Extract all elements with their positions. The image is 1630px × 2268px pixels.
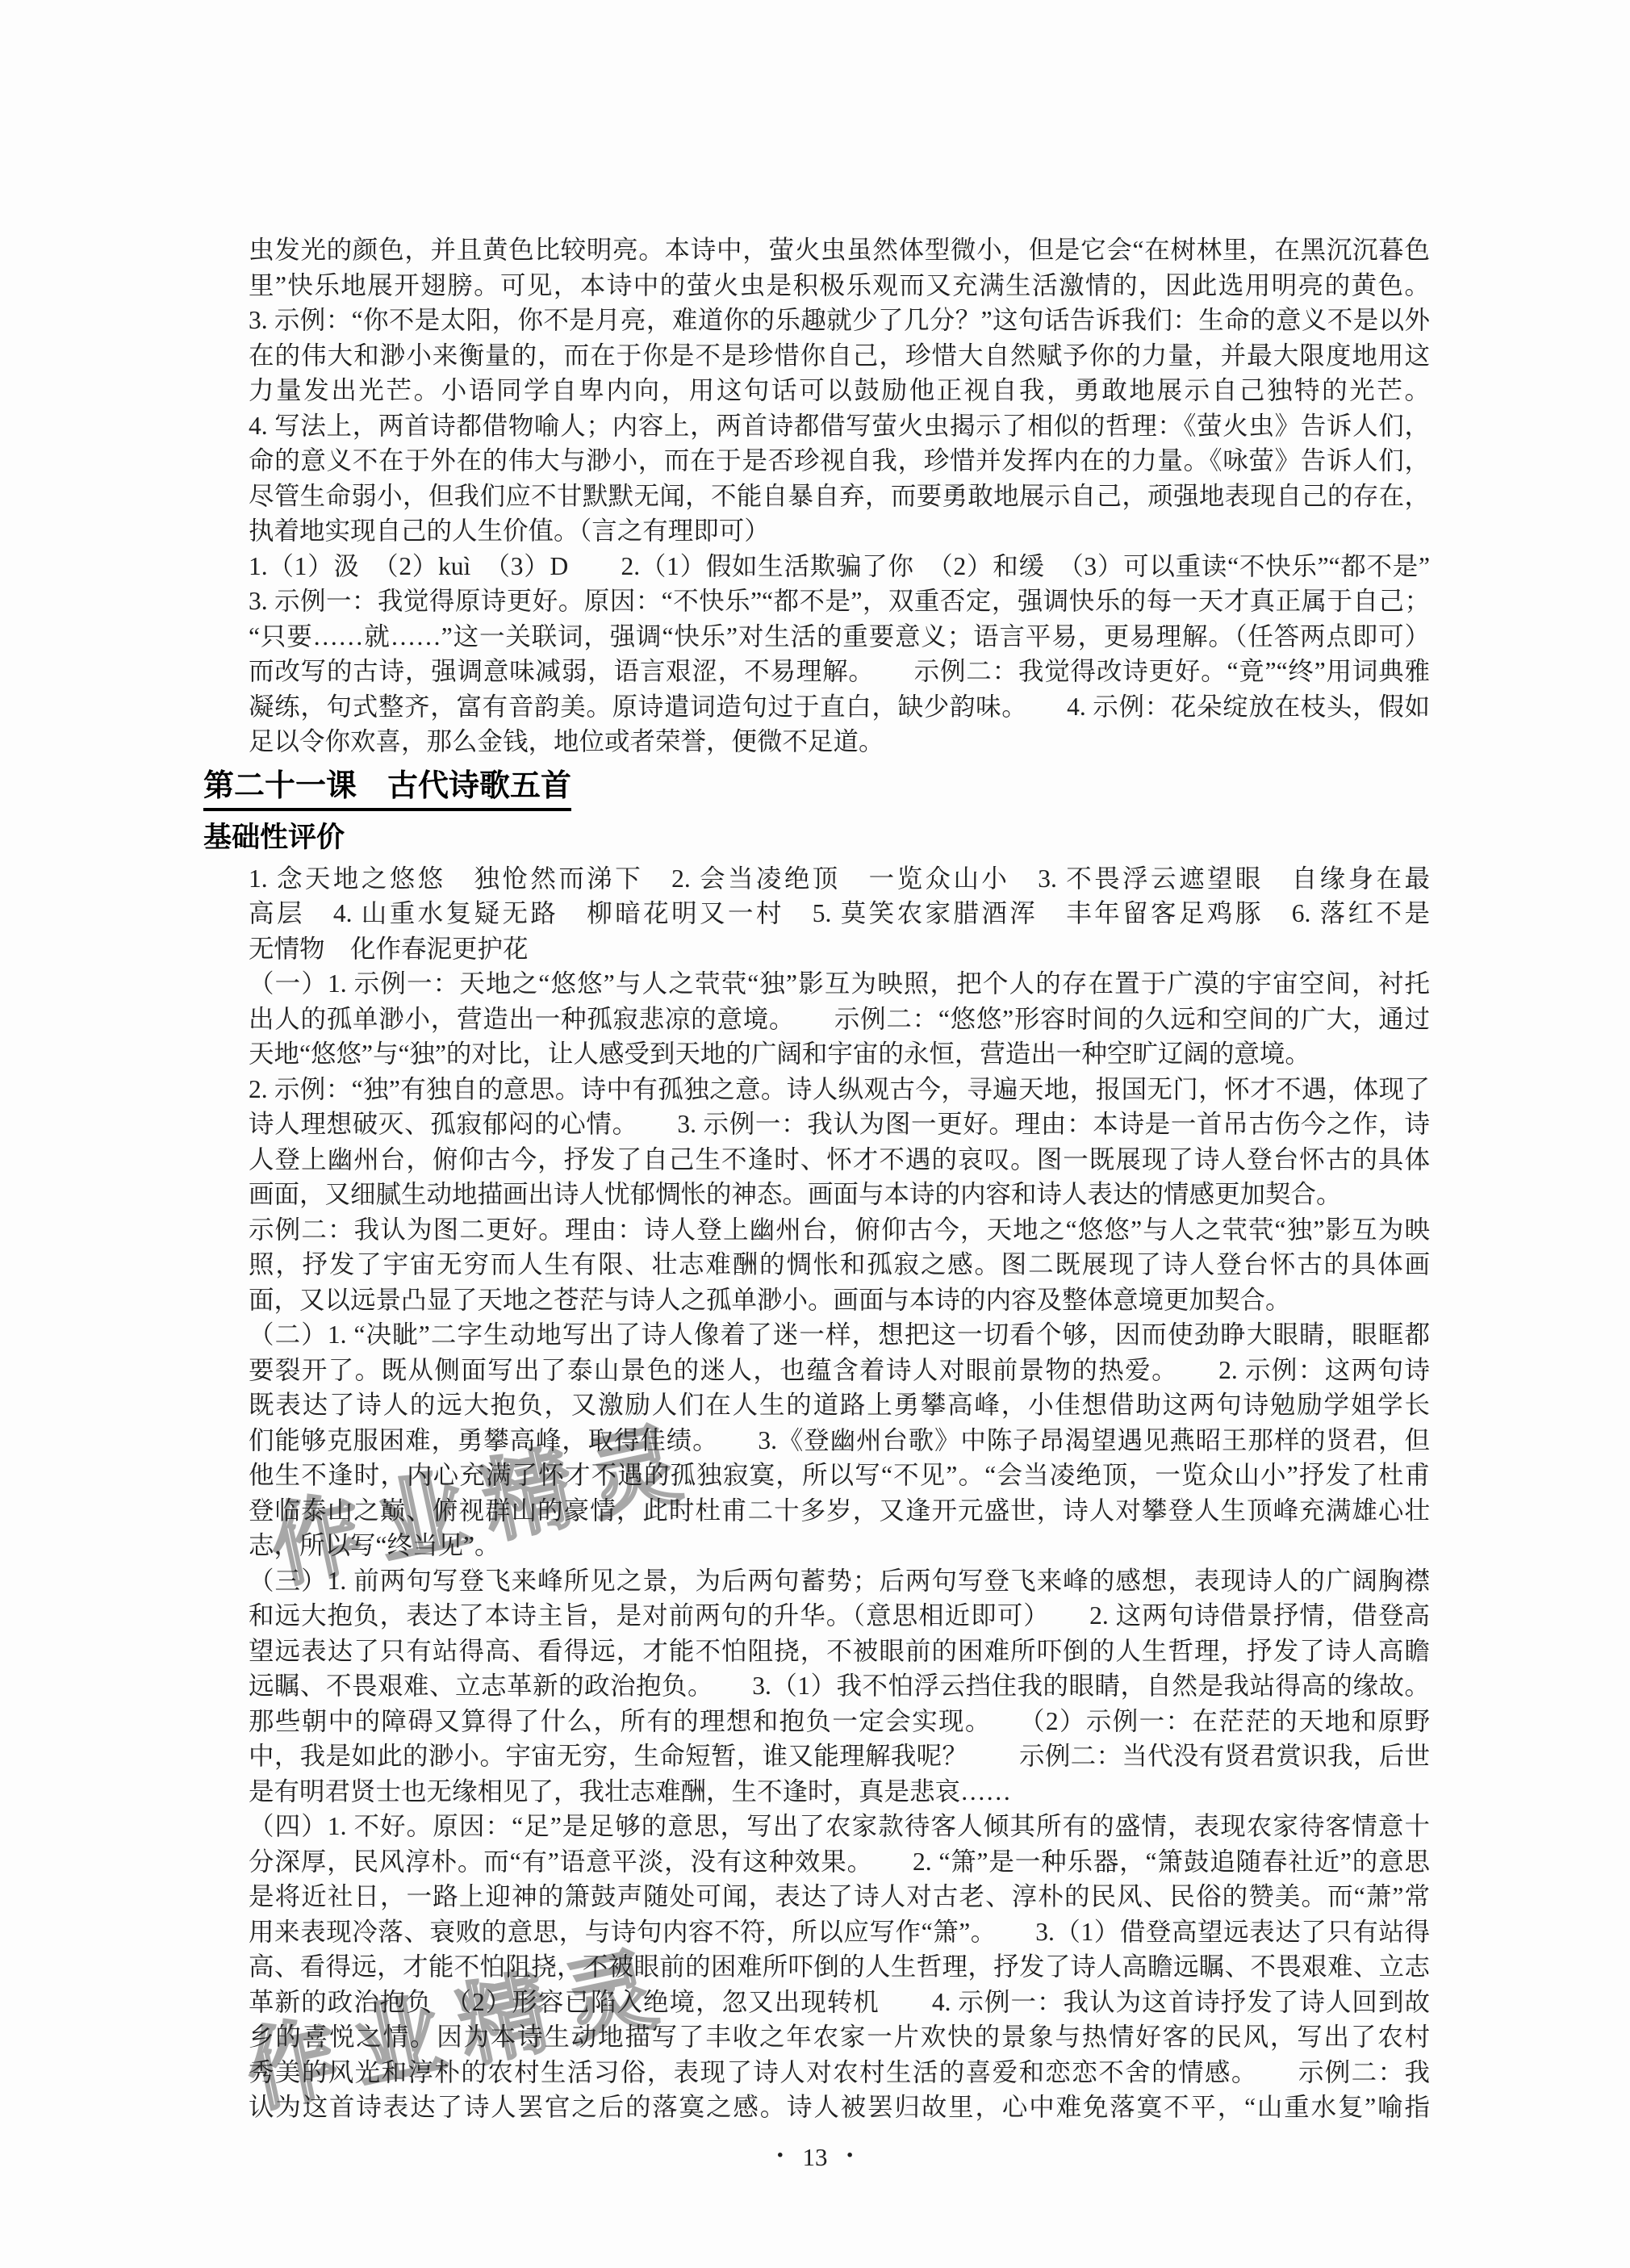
- line-text: 命的意义不在于外在的伟大与渺小，而在于是否珍视自我，珍惜并发挥内在的力量。《咏萤…: [249, 446, 1430, 475]
- line-text: 无情物 化作春泥更护花: [249, 935, 529, 963]
- answer-lines: 虫发光的颜色，并且黄色比较明亮。本诗中，萤火虫虽然体型微小，但是它会“在树林里，…: [203, 232, 1430, 2125]
- line-text: 志，所以写“终当见”。: [249, 1531, 499, 1559]
- text-line: 秀美的风光和淳朴的农村生活习俗，表现了诗人对农村生活的喜爱和恋恋不舍的情感。 示…: [249, 2055, 1430, 2090]
- text-line: 远瞩、不畏艰难、立志革新的政治抱负。 3.（1）我不怕浮云挡住我的眼睛，自然是我…: [249, 1668, 1430, 1704]
- text-line: 革新的政治抱负 （2）形容已陷入绝境，忽又出现转机 4. 示例一：我认为这首诗抒…: [249, 1985, 1430, 2020]
- line-text: 基础性评价: [203, 822, 345, 853]
- text-line: 天地“悠悠”与“独”的对比，让人感受到天地的广阔和宇宙的永恒，营造出一种空旷辽阔…: [249, 1036, 1430, 1072]
- text-line: 3. 示例一：我觉得原诗更好。原因：“不快乐”“都不是”，双重否定，强调快乐的每…: [249, 584, 1430, 619]
- line-text: 而改写的古诗，强调意味减弱，语言艰涩，不易理解。 示例二：我觉得改诗更好。“竟”…: [249, 657, 1430, 685]
- line-text: 高层 4. 山重水复疑无路 柳暗花明又一村 5. 莫笑农家腊酒浑 丰年留客足鸡豚…: [249, 899, 1430, 927]
- lesson-heading: 第二十一课 古代诗歌五首: [203, 759, 1430, 814]
- text-line: 分深厚，民风淳朴。而“有”语意平淡，没有这种效果。 2. “箫”是一种乐器，“箫…: [249, 1844, 1430, 1880]
- line-text: 1. 念天地之悠悠 独怆然而涕下 2. 会当凌绝顶 一览众山小 3. 不畏浮云遮…: [249, 864, 1430, 893]
- line-text: 是将近社日，一路上迎神的箫鼓声随处可闻，表达了诗人对古老、淳朴的民风、民俗的赞美…: [249, 1882, 1430, 1910]
- line-text: 虫发光的颜色，并且黄色比较明亮。本诗中，萤火虫虽然体型微小，但是它会“在树林里，…: [249, 236, 1430, 264]
- text-line: 二、（一）1. 示例一：天地之“悠悠”与人之茕茕“独”影互为映照，把个人的存在置…: [249, 966, 1430, 1002]
- text-line: （二）1. “决眦”二字生动地写出了诗人像着了迷一样，想把这一切看个够，因而使劲…: [249, 1317, 1430, 1353]
- text-line: 用来表现冷落、衰败的意思，与诗句内容不符，所以应写作“箫”。 3.（1）借登高望…: [249, 1914, 1430, 1950]
- text-line: 虫发光的颜色，并且黄色比较明亮。本诗中，萤火虫虽然体型微小，但是它会“在树林里，…: [249, 232, 1430, 268]
- text-line: 望远表达了只有站得高、看得远，才能不怕阻挠，不被眼前的困难所吓倒的人生哲理，抒发…: [249, 1634, 1430, 1669]
- line-text: 照，抒发了宇宙无穷而人生有限、壮志难酬的惆怅和孤寂之感。图二既展现了诗人登台怀古…: [249, 1250, 1430, 1278]
- text-line: 凝练，句式整齐，富有音韵美。原诗遣词造句过于直白，缺少韵味。 4. 示例：花朵绽…: [249, 689, 1430, 725]
- line-text: 画面，又细腻生动地描画出诗人忧郁惆怅的神态。画面与本诗的内容和诗人表达的情感更加…: [249, 1180, 1342, 1208]
- line-text: 示例二：我认为图二更好。理由：诗人登上幽州台，俯仰古今，天地之“悠悠”与人之茕茕…: [249, 1216, 1430, 1244]
- text-line: 面，又以远景凸显了天地之苍茫与诗人之孤单渺小。画面与本诗的内容及整体意境更加契合…: [249, 1283, 1430, 1318]
- footer-dot-icon: ·: [775, 2140, 784, 2170]
- text-line: 尽管生命弱小，但我们应不甘默默无闻，不能自暴自弃，而要勇敢地展示自己，顽强地表现…: [249, 479, 1430, 514]
- text-line: 出人的孤单渺小，营造出一种孤寂悲凉的意境。 示例二：“悠悠”形容时间的久远和空间…: [249, 1002, 1430, 1037]
- section-marker: 二、: [249, 966, 254, 1002]
- line-text: 认为这首诗表达了诗人罢官之后的落寞之感。诗人被罢归故里，心中难免落寞不平，“山重…: [249, 2093, 1430, 2121]
- line-text: （四）1. 不好。原因：“足”是足够的意思，写出了农家款待客人倾其所有的盛情，表…: [249, 1812, 1430, 1840]
- line-text: 第二十一课 古代诗歌五首: [203, 768, 571, 811]
- line-text: 望远表达了只有站得高、看得远，才能不怕阻挠，不被眼前的困难所吓倒的人生哲理，抒发…: [249, 1637, 1430, 1665]
- text-line: 是将近社日，一路上迎神的箫鼓声随处可闻，表达了诗人对古老、淳朴的民风、民俗的赞美…: [249, 1879, 1430, 1914]
- text-line: 认为这首诗表达了诗人罢官之后的落寞之感。诗人被罢归故里，心中难免落寞不平，“山重…: [249, 2090, 1430, 2125]
- line-text: “只要……就……”这一关联词，强调“快乐”对生活的重要意义；语言平易，更易理解。…: [249, 622, 1430, 651]
- line-text: 用来表现冷落、衰败的意思，与诗句内容不符，所以应写作“箫”。 3.（1）借登高望…: [249, 1918, 1430, 1946]
- line-text: 面，又以远景凸显了天地之苍茫与诗人之孤单渺小。画面与本诗的内容及整体意境更加契合…: [249, 1286, 1291, 1314]
- line-text: 诗人理想破灭、孤寂郁闷的心情。 3. 示例一：我认为图一更好。理由：本诗是一首吊…: [249, 1110, 1430, 1138]
- line-text: 人登上幽州台，俯仰古今，抒发了自己生不逢时、怀才不遇的哀叹。图一既展现了诗人登台…: [249, 1145, 1430, 1174]
- text-line: 诗人理想破灭、孤寂郁闷的心情。 3. 示例一：我认为图一更好。理由：本诗是一首吊…: [249, 1107, 1430, 1142]
- text-line: 4. 写法上，两首诗都借物喻人；内容上，两首诗都借写萤火虫揭示了相似的哲理：《萤…: [249, 408, 1430, 444]
- line-text: 高、看得远，才能不怕阻挠，不被眼前的困难所吓倒的人生哲理，抒发了诗人高瞻远瞩、不…: [249, 1952, 1430, 1981]
- line-text: 是有明君贤士也无缘相见了，我壮志难酬，生不逢时，真是悲哀……: [249, 1777, 1011, 1806]
- text-line: 2. 示例：“独”有独自的意思。诗中有孤独之意。诗人纵观古今，寻遍天地，报国无门…: [249, 1072, 1430, 1107]
- line-text: 执着地实现自己的人生价值。（言之有理即可）: [249, 517, 770, 545]
- line-text: 力量发出光芒。小语同学自卑内向，用这句话可以鼓励他正视自我，勇敢地展示自己独特的…: [249, 376, 1430, 404]
- text-line: 他生不逢时，内心充满了怀才不遇的孤独寂寞，所以写“不见”。“会当凌绝顶，一览众山…: [249, 1458, 1430, 1493]
- line-text: 里”快乐地展开翅膀。可见，本诗中的萤火虫是积极乐观而又充满生活激情的，因此选用明…: [249, 271, 1430, 299]
- line-text: 尽管生命弱小，但我们应不甘默默无闻，不能自暴自弃，而要勇敢地展示自己，顽强地表现…: [249, 482, 1430, 510]
- line-text: 他生不逢时，内心充满了怀才不遇的孤独寂寞，所以写“不见”。“会当凌绝顶，一览众山…: [249, 1461, 1430, 1489]
- text-line: 而改写的古诗，强调意味减弱，语言艰涩，不易理解。 示例二：我觉得改诗更好。“竟”…: [249, 654, 1430, 689]
- text-line: “只要……就……”这一关联词，强调“快乐”对生活的重要意义；语言平易，更易理解。…: [249, 619, 1430, 655]
- line-text: 分深厚，民风淳朴。而“有”语意平淡，没有这种效果。 2. “箫”是一种乐器，“箫…: [249, 1847, 1430, 1876]
- section-subheading: 基础性评价: [203, 814, 1430, 861]
- text-line: 中，我是如此的渺小。宇宙无穷，生命短暂，谁又能理解我呢？ 示例二：当代没有贤君赏…: [249, 1739, 1430, 1774]
- text-line: 3. 示例：“你不是太阳，你不是月亮，难道你的乐趣就少了几分？”这句话告诉我们：…: [249, 303, 1430, 338]
- text-line: 是有明君贤士也无缘相见了，我壮志难酬，生不逢时，真是悲哀……: [249, 1774, 1430, 1810]
- line-text: 远瞩、不畏艰难、立志革新的政治抱负。 3.（1）我不怕浮云挡住我的眼睛，自然是我…: [249, 1672, 1430, 1700]
- line-text: 2. 示例：“独”有独自的意思。诗中有孤独之意。诗人纵观古今，寻遍天地，报国无门…: [249, 1075, 1430, 1103]
- line-text: 出人的孤单渺小，营造出一种孤寂悲凉的意境。 示例二：“悠悠”形容时间的久远和空间…: [249, 1005, 1430, 1033]
- text-line: 们能够克服困难，勇攀高峰，取得佳绩。 3.《登幽州台歌》中陈子昂渴望遇见燕昭王那…: [249, 1423, 1430, 1458]
- text-line: 乡的喜悦之情。因为本诗生动地描写了丰收之年农家一片欢快的景象与热情好客的民风，写…: [249, 2019, 1430, 2055]
- footer-dot-icon: ·: [846, 2140, 855, 2170]
- text-line: 那些朝中的障碍又算得了什么，所有的理想和抱负一定会实现。 （2）示例一：在茫茫的…: [249, 1704, 1430, 1739]
- text-line: 力量发出光芒。小语同学自卑内向，用这句话可以鼓励他正视自我，勇敢地展示自己独特的…: [249, 373, 1430, 408]
- line-text: 足以令你欢喜，那么金钱，地位或者荣誉，便微不足道。: [249, 727, 884, 755]
- line-text: 3. 示例一：我觉得原诗更好。原因：“不快乐”“都不是”，双重否定，强调快乐的每…: [249, 587, 1430, 615]
- line-text: （三）1. 前两句写登飞来峰所见之景，为后两句蓄势；后两句写登飞来峰的感想，表现…: [249, 1567, 1430, 1595]
- text-line: 无情物 化作春泥更护花: [249, 931, 1430, 967]
- text-line: 和远大抱负，表达了本诗主旨，是对前两句的升华。（意思相近即可） 2. 这两句诗借…: [249, 1598, 1430, 1634]
- line-text: 在的伟大和渺小来衡量的，而在于你是不是珍惜你自己，珍惜大自然赋予你的力量，并最大…: [249, 341, 1430, 370]
- page-number: ·13·: [0, 2140, 1630, 2172]
- line-text: 登临泰山之巅、俯视群山的豪情，此时杜甫二十多岁，又逢开元盛世，诗人对攀登人生顶峰…: [249, 1496, 1430, 1525]
- line-text: （二）1. “决眦”二字生动地写出了诗人像着了迷一样，想把这一切看个够，因而使劲…: [249, 1320, 1430, 1349]
- line-text: 和远大抱负，表达了本诗主旨，是对前两句的升华。（意思相近即可） 2. 这两句诗借…: [249, 1601, 1430, 1630]
- text-line: 三、1.（1）汲 （2）kuì （3）D 2.（1）假如生活欺骗了你 （2）和缓…: [249, 549, 1430, 584]
- text-line: 高层 4. 山重水复疑无路 柳暗花明又一村 5. 莫笑农家腊酒浑 丰年留客足鸡豚…: [249, 896, 1430, 931]
- line-text: 天地“悠悠”与“独”的对比，让人感受到天地的广阔和宇宙的永恒，营造出一种空旷辽阔…: [249, 1040, 1310, 1068]
- text-line: 志，所以写“终当见”。: [249, 1528, 1430, 1563]
- text-line: 登临泰山之巅、俯视群山的豪情，此时杜甫二十多岁，又逢开元盛世，诗人对攀登人生顶峰…: [249, 1493, 1430, 1529]
- text-line: 里”快乐地展开翅膀。可见，本诗中的萤火虫是积极乐观而又充满生活激情的，因此选用明…: [249, 268, 1430, 303]
- text-line: 在的伟大和渺小来衡量的，而在于你是不是珍惜你自己，珍惜大自然赋予你的力量，并最大…: [249, 338, 1430, 374]
- line-text: 们能够克服困难，勇攀高峰，取得佳绩。 3.《登幽州台歌》中陈子昂渴望遇见燕昭王那…: [249, 1426, 1430, 1454]
- text-line: 示例二：我认为图二更好。理由：诗人登上幽州台，俯仰古今，天地之“悠悠”与人之茕茕…: [249, 1212, 1430, 1248]
- section-marker: 三、: [249, 549, 254, 584]
- line-text: 既表达了诗人的远大抱负，又激励人们在人生的道路上勇攀高峰，小佳想借助这两句诗勉励…: [249, 1391, 1430, 1419]
- line-text: 革新的政治抱负 （2）形容已陷入绝境，忽又出现转机 4. 示例一：我认为这首诗抒…: [249, 1988, 1430, 2016]
- line-text: 4. 写法上，两首诗都借物喻人；内容上，两首诗都借写萤火虫揭示了相似的哲理：《萤…: [249, 412, 1430, 444]
- text-line: 要裂开了。既从侧面写出了泰山景色的迷人，也蕴含着诗人对眼前景物的热爱。 2. 示…: [249, 1353, 1430, 1388]
- line-text: 要裂开了。既从侧面写出了泰山景色的迷人，也蕴含着诗人对眼前景物的热爱。 2. 示…: [249, 1356, 1430, 1384]
- text-line: 照，抒发了宇宙无穷而人生有限、壮志难酬的惆怅和孤寂之感。图二既展现了诗人登台怀古…: [249, 1247, 1430, 1283]
- line-text: 中，我是如此的渺小。宇宙无穷，生命短暂，谁又能理解我呢？ 示例二：当代没有贤君赏…: [249, 1742, 1430, 1774]
- text-line: 既表达了诗人的远大抱负，又激励人们在人生的道路上勇攀高峰，小佳想借助这两句诗勉励…: [249, 1387, 1430, 1423]
- text-line: （四）1. 不好。原因：“足”是足够的意思，写出了农家款待客人倾其所有的盛情，表…: [249, 1809, 1430, 1844]
- text-line: 命的意义不在于外在的伟大与渺小，而在于是否珍视自我，珍惜并发挥内在的力量。《咏萤…: [249, 443, 1430, 479]
- line-text: （一）1. 示例一：天地之“悠悠”与人之茕茕“独”影互为映照，把个人的存在置于广…: [249, 969, 1430, 998]
- line-text: 凝练，句式整齐，富有音韵美。原诗遣词造句过于直白，缺少韵味。 4. 示例：花朵绽…: [249, 693, 1430, 721]
- section-marker: 一、: [249, 861, 254, 897]
- text-line: 足以令你欢喜，那么金钱，地位或者荣誉，便微不足道。: [249, 724, 1430, 759]
- text-line: （三）1. 前两句写登飞来峰所见之景，为后两句蓄势；后两句写登飞来峰的感想，表现…: [249, 1563, 1430, 1599]
- page-number-value: 13: [803, 2143, 828, 2171]
- line-text: 1.（1）汲 （2）kuì （3）D 2.（1）假如生活欺骗了你 （2）和缓 （…: [249, 552, 1430, 580]
- text-line: 人登上幽州台，俯仰古今，抒发了自己生不逢时、怀才不遇的哀叹。图一既展现了诗人登台…: [249, 1142, 1430, 1178]
- line-text: 3. 示例：“你不是太阳，你不是月亮，难道你的乐趣就少了几分？”这句话告诉我们：…: [249, 306, 1430, 334]
- line-text: 那些朝中的障碍又算得了什么，所有的理想和抱负一定会实现。 （2）示例一：在茫茫的…: [249, 1707, 1430, 1735]
- line-text: 乡的喜悦之情。因为本诗生动地描写了丰收之年农家一片欢快的景象与热情好客的民风，写…: [249, 2023, 1430, 2051]
- text-line: 高、看得远，才能不怕阻挠，不被眼前的困难所吓倒的人生哲理，抒发了诗人高瞻远瞩、不…: [249, 1949, 1430, 1985]
- page-container: 作业精灵作业精灵 虫发光的颜色，并且黄色比较明亮。本诗中，萤火虫虽然体型微小，但…: [0, 0, 1630, 2268]
- text-line: 执着地实现自己的人生价值。（言之有理即可）: [249, 513, 1430, 549]
- text-line: 一、1. 念天地之悠悠 独怆然而涕下 2. 会当凌绝顶 一览众山小 3. 不畏浮…: [249, 861, 1430, 897]
- text-line: 画面，又细腻生动地描画出诗人忧郁惆怅的神态。画面与本诗的内容和诗人表达的情感更加…: [249, 1177, 1430, 1212]
- line-text: 秀美的风光和淳朴的农村生活习俗，表现了诗人对农村生活的喜爱和恋恋不舍的情感。 示…: [249, 2058, 1430, 2086]
